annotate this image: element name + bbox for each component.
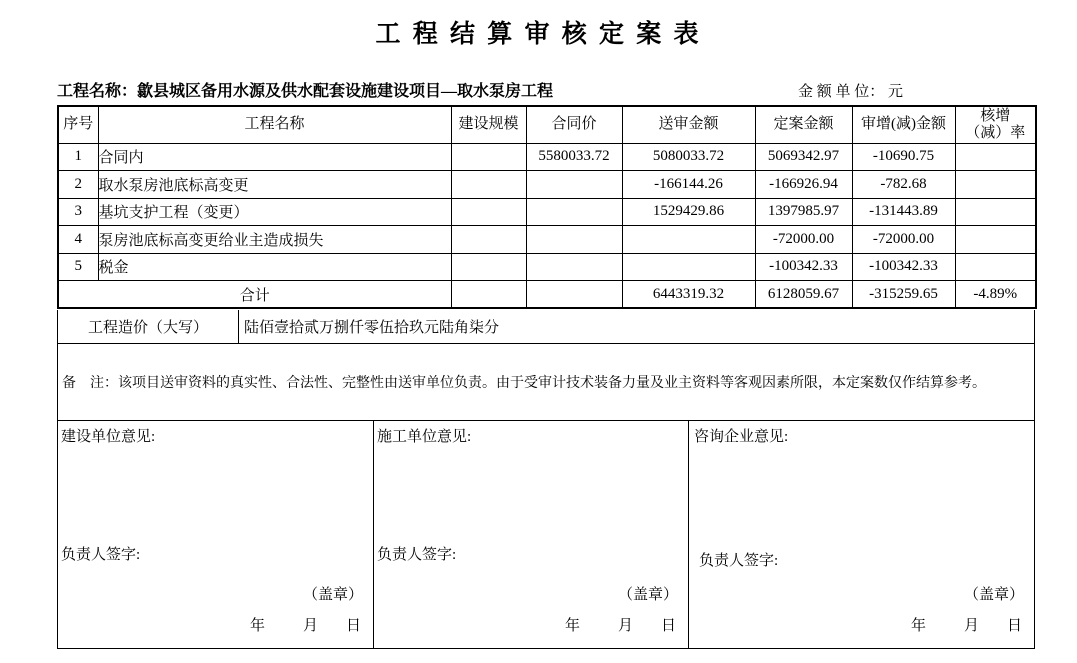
col-header-project-name: 工程名称 [98, 106, 451, 143]
cell-submitted: -166144.26 [622, 171, 755, 199]
cell-rate: -4.89% [955, 281, 1036, 309]
day-label: 日 [1007, 614, 1022, 635]
date-line: 年 月 日 [565, 614, 676, 635]
cell-contract [526, 171, 622, 199]
cell-seq: 5 [58, 253, 98, 281]
cell-adjust: -100342.33 [852, 253, 955, 281]
cell-final: 5069342.97 [755, 143, 852, 171]
amount-in-words-row: 工程造价（大写） 陆佰壹拾贰万捌仟零伍拾玖元陆角柒分 [57, 310, 1035, 344]
cell-seq: 1 [58, 143, 98, 171]
year-label: 年 [565, 614, 580, 635]
signature-label: 负责人签字: [61, 543, 140, 564]
table-row: 5 税金 -100342.33 -100342.33 [58, 253, 1036, 281]
signature-label: 负责人签字: [699, 549, 778, 570]
month-label: 月 [964, 614, 979, 635]
cell-submitted [622, 253, 755, 281]
cell-scale [451, 171, 526, 199]
cell-adjust: -10690.75 [852, 143, 955, 171]
cell-submitted: 5080033.72 [622, 143, 755, 171]
remark-row: 备 注：该项目送审资料的真实性、合法性、完整性由送审单位负责。由于受审计技术装备… [57, 343, 1035, 421]
cell-scale [451, 198, 526, 226]
cell-project-name: 税金 [98, 253, 451, 281]
project-name-label: 工程名称：歙县城区备用水源及供水配套设施建设项目—取水泵房工程 [57, 78, 553, 101]
cell-submitted [622, 226, 755, 254]
col-header-adjust-rate-line2: （减）率 [956, 125, 1036, 142]
signature-label: 负责人签字: [377, 543, 456, 564]
cell-final: -72000.00 [755, 226, 852, 254]
cell-seq: 3 [58, 198, 98, 226]
cell-seq: 2 [58, 171, 98, 199]
cell-rate [955, 143, 1036, 171]
col-header-adjust-amount: 审增(减)金额 [852, 106, 955, 143]
day-label: 日 [346, 614, 361, 635]
table-row: 2 取水泵房池底标高变更 -166144.26 -166926.94 -782.… [58, 171, 1036, 199]
cell-project-name: 泵房池底标高变更给业主造成损失 [98, 226, 451, 254]
cell-submitted: 1529429.86 [622, 198, 755, 226]
col-header-seq: 序号 [58, 106, 98, 143]
cell-final: -166926.94 [755, 171, 852, 199]
col-header-adjust-rate: 核增 （减）率 [955, 106, 1036, 143]
col-header-final-amount: 定案金额 [755, 106, 852, 143]
cell-adjust: -72000.00 [852, 226, 955, 254]
cell-contract [526, 226, 622, 254]
cell-scale [451, 226, 526, 254]
date-line: 年 月 日 [911, 614, 1022, 635]
cell-contract [526, 253, 622, 281]
amount-in-words-label: 工程造价（大写） [58, 310, 239, 343]
cell-adjust: -782.68 [852, 171, 955, 199]
col-header-scale: 建设规模 [451, 106, 526, 143]
page-title: 工 程 结 算 审 核 定 案 表 [0, 14, 1077, 50]
cell-contract: 5580033.72 [526, 143, 622, 171]
cell-scale [451, 143, 526, 171]
seal-label: （盖章） [964, 583, 1024, 604]
cell-contract [526, 281, 622, 309]
cell-seq: 4 [58, 226, 98, 254]
cell-rate [955, 198, 1036, 226]
opinion-section: 建设单位意见: 负责人签字: （盖章） 年 月 日 施工单位意见: 负责人签字:… [57, 420, 1035, 649]
cell-final: 6128059.67 [755, 281, 852, 309]
total-label: 合计 [58, 281, 451, 309]
col-header-adjust-rate-line1: 核增 [956, 108, 1036, 125]
total-row: 合计 6443319.32 6128059.67 -315259.65 -4.8… [58, 281, 1036, 309]
cell-project-name: 取水泵房池底标高变更 [98, 171, 451, 199]
cell-scale [451, 253, 526, 281]
col-header-submitted-amount: 送审金额 [622, 106, 755, 143]
cell-adjust: -131443.89 [852, 198, 955, 226]
opinion-title: 建设单位意见: [61, 425, 155, 446]
cell-project-name: 基坑支护工程（变更） [98, 198, 451, 226]
day-label: 日 [661, 614, 676, 635]
cell-rate [955, 226, 1036, 254]
cell-contract [526, 198, 622, 226]
cell-scale [451, 281, 526, 309]
cell-final: 1397985.97 [755, 198, 852, 226]
cell-adjust: -315259.65 [852, 281, 955, 309]
col-header-contract-price: 合同价 [526, 106, 622, 143]
month-label: 月 [303, 614, 318, 635]
year-label: 年 [250, 614, 265, 635]
month-label: 月 [618, 614, 633, 635]
table-row: 4 泵房池底标高变更给业主造成损失 -72000.00 -72000.00 [58, 226, 1036, 254]
seal-label: （盖章） [618, 583, 678, 604]
cell-rate [955, 253, 1036, 281]
cell-rate [955, 171, 1036, 199]
table-row: 1 合同内 5580033.72 5080033.72 5069342.97 -… [58, 143, 1036, 171]
opinion-box-contractor-unit: 施工单位意见: 负责人签字: （盖章） 年 月 日 [374, 421, 689, 648]
amount-in-words-value: 陆佰壹拾贰万捌仟零伍拾玖元陆角柒分 [239, 310, 1034, 343]
cell-final: -100342.33 [755, 253, 852, 281]
table-row: 3 基坑支护工程（变更） 1529429.86 1397985.97 -1314… [58, 198, 1036, 226]
year-label: 年 [911, 614, 926, 635]
table-header-row: 序号 工程名称 建设规模 合同价 送审金额 定案金额 审增(减)金额 核增 （减… [58, 106, 1036, 143]
opinion-box-consulting-firm: 咨询企业意见: 负责人签字: （盖章） 年 月 日 [689, 421, 1034, 648]
amount-unit-label: 金 额 单 位： 元 [798, 80, 903, 101]
opinion-box-construction-unit: 建设单位意见: 负责人签字: （盖章） 年 月 日 [58, 421, 374, 648]
opinion-title: 咨询企业意见: [694, 425, 788, 446]
cell-project-name: 合同内 [98, 143, 451, 171]
settlement-review-sheet: 工 程 结 算 审 核 定 案 表 工程名称：歙县城区备用水源及供水配套设施建设… [0, 0, 1077, 663]
cell-submitted: 6443319.32 [622, 281, 755, 309]
opinion-title: 施工单位意见: [377, 425, 471, 446]
date-line: 年 月 日 [250, 614, 361, 635]
settlement-table: 序号 工程名称 建设规模 合同价 送审金额 定案金额 审增(减)金额 核增 （减… [57, 105, 1037, 309]
seal-label: （盖章） [303, 583, 363, 604]
